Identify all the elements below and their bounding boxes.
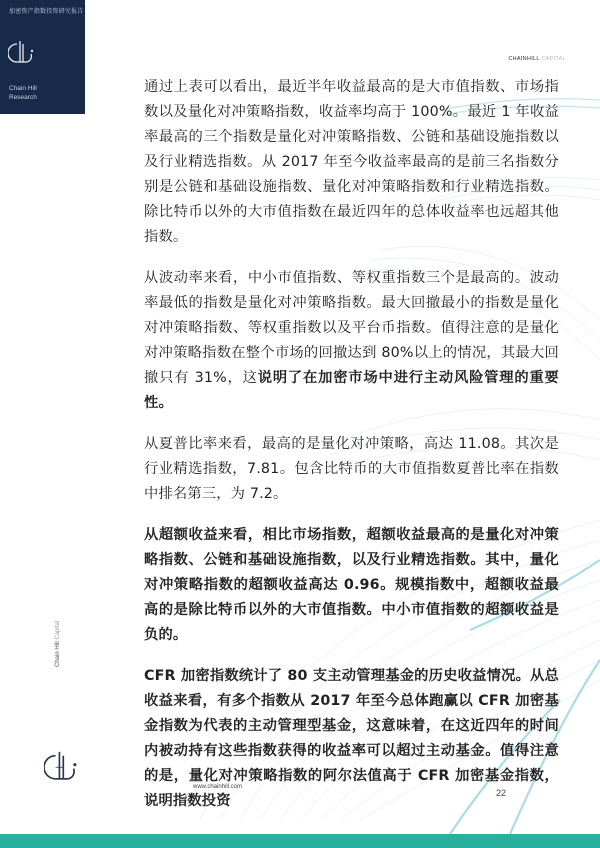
chainhill-logo-bottom-icon	[44, 748, 80, 784]
header-brand: CHAINHILL CAPITAL	[508, 56, 566, 62]
header-brand-light: CAPITAL	[541, 56, 566, 62]
page-number: 22	[496, 788, 506, 798]
vertical-brand-bold: Chain Hill	[55, 641, 61, 667]
paragraph-returns: 通过上表可以看出，最近半年收益最高的是大市值指数、市场指数以及量化对冲策略指数，…	[144, 75, 559, 250]
main-content: 通过上表可以看出，最近半年收益最高的是大市值指数、市场指数以及量化对冲策略指数，…	[144, 75, 559, 830]
brand-line-1: Chain Hill	[9, 84, 37, 93]
footer-url-link[interactable]: www.chainhill.com	[193, 784, 242, 790]
report-title: 加密资产指数投资研究报告	[9, 6, 83, 15]
vertical-brand-light: Capital	[55, 621, 61, 640]
vertical-brand: Chain Hill Capital	[55, 621, 61, 667]
paragraph-sharpe: 从夏普比率来看，最高的是量化对冲策略，高达 11.08。其次是行业精选指数，7.…	[144, 432, 559, 507]
footer-bar	[0, 834, 600, 848]
chainhill-logo-icon	[8, 38, 36, 66]
brand-line-2: Research	[9, 93, 37, 102]
research-label: Chain Hill Research	[9, 84, 37, 102]
paragraph-volatility-text: 从波动率来看，中小市值指数、等权重指数三个是最高的。波动率最低的指数是量化对冲策…	[144, 270, 559, 386]
paragraph-excess-return: 从超额收益来看，相比市场指数，超额收益最高的是量化对冲策略指数、公链和基础设施指…	[144, 523, 559, 648]
header-brand-bold: CHAINHILL	[508, 56, 539, 62]
paragraph-volatility: 从波动率来看，中小市值指数、等权重指数三个是最高的。波动率最低的指数是量化对冲策…	[144, 266, 559, 416]
sidebar-header: 加密资产指数投资研究报告 Chain Hill Research	[0, 0, 85, 114]
